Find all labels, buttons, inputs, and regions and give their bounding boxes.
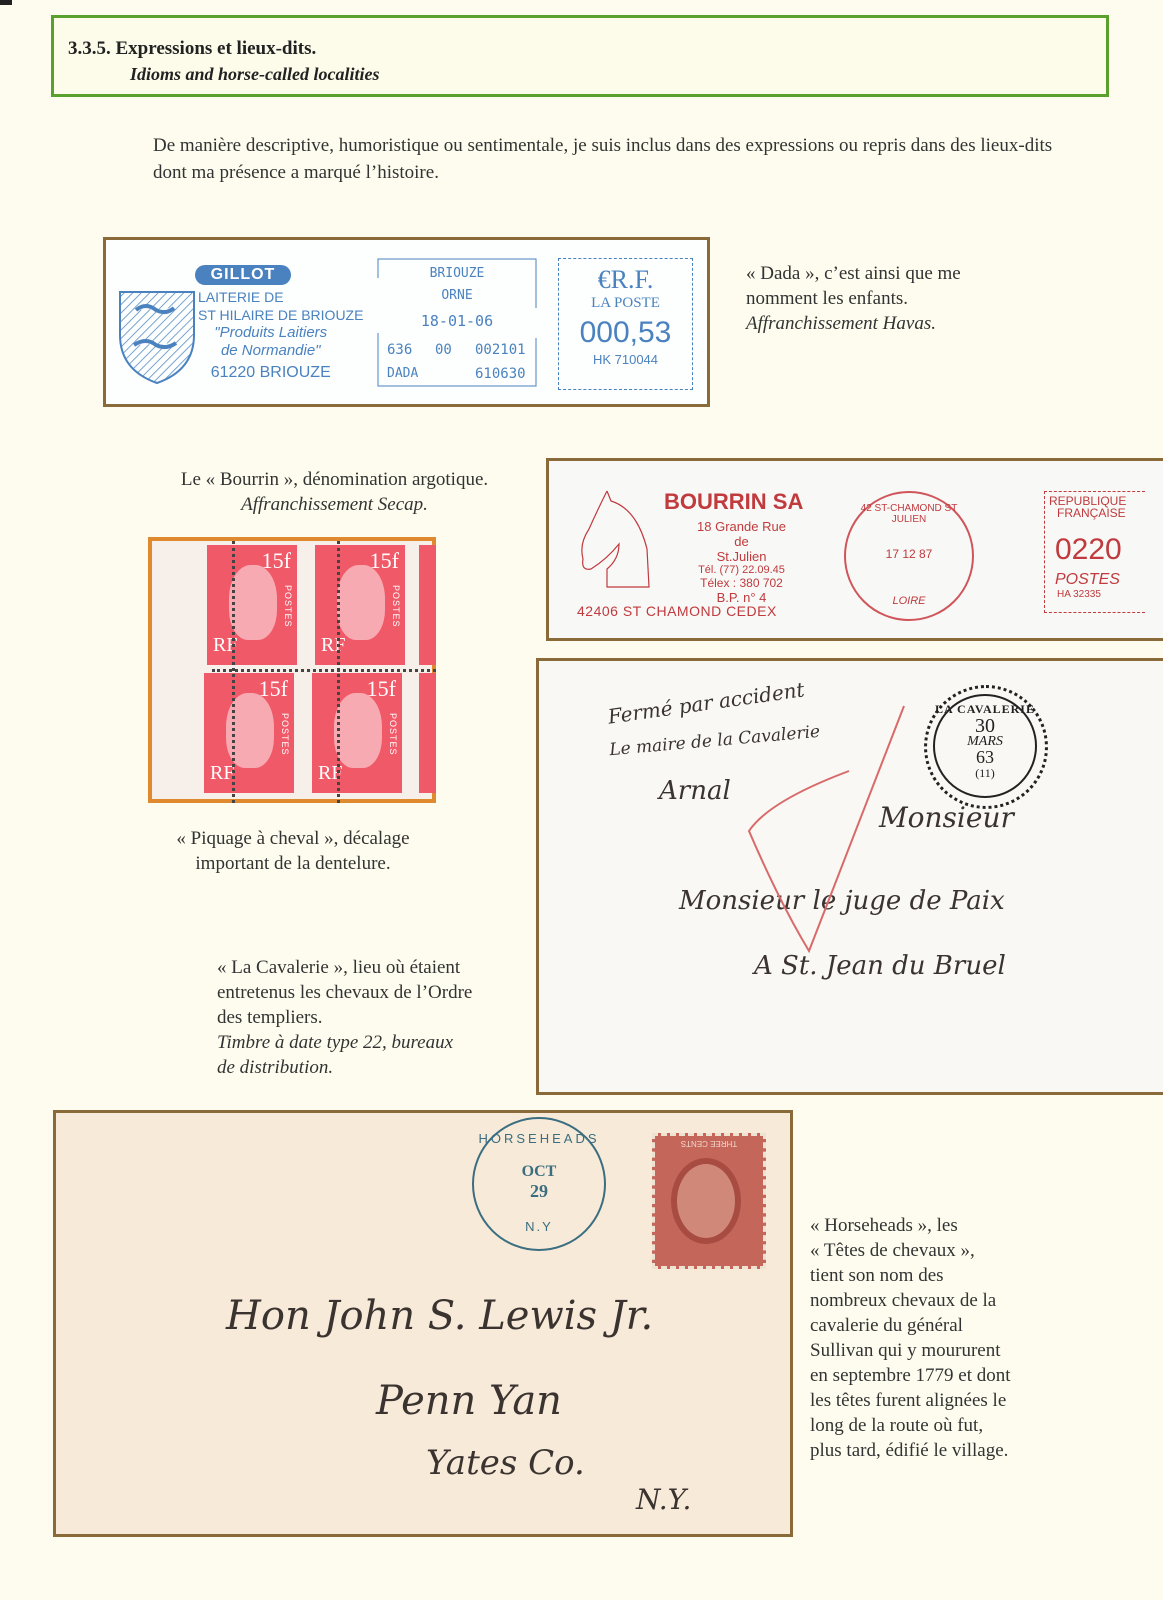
havas-meter-strip: GILLOT LAITERIE DE ST HILAIRE DE BRIOUZE… [103,237,710,407]
postmark-year: 63 [935,749,1035,766]
address-line: ST HILAIRE DE BRIOUZE [198,307,363,323]
caption-line: nomment les enfants. [746,288,908,309]
la-cavalerie-postmark: LA CAVALERIE 30 MARS 63 (11) [924,685,1048,809]
stamp-postes: POSTES [391,585,401,628]
horseheads-caption: « Horseheads », les « Têtes de chevaux »… [810,1213,1011,1463]
caption-italic: de distribution. [217,1055,472,1080]
postmark-month: OCT [474,1163,604,1181]
postmark-day: 29 [474,1181,604,1202]
meter-date: 18-01-06 [377,312,537,330]
cavalerie-caption: « La Cavalerie », lieu où étaient entret… [217,955,472,1080]
date-block: BRIOUZE ORNE 18-01-06 636 00 002101 DADA… [377,258,537,388]
stamp-postes: POSTES [388,713,398,756]
horse-head-icon [577,489,677,594]
secap-meter-strip: BOURRIN SA 18 Grande Rue de St.Julien Té… [546,458,1163,641]
address-line: St.Julien [689,549,794,564]
meter-code: 00 [435,342,452,358]
secap-value-block: REPUBLIQUE FRANÇAISE 0220 POSTES HA 3233… [1044,491,1145,613]
scan-corner-mark [0,0,12,5]
stamp-rf: RF [210,762,234,785]
stamp-postes: POSTES [283,585,293,628]
perforation-row [212,669,436,672]
stamp: 15fPOSTESRF [204,673,294,793]
horseheads-postmark: HORSEHEADS OCT 29 N.Y [472,1117,606,1251]
section-subtitle: Idioms and horse-called localities [130,64,380,85]
caption-line: tient son nom des [810,1265,944,1286]
address-line: Yates Co. [426,1443,585,1483]
postmark-dept: (11) [935,766,1035,780]
cancel-ring-text: 42 ST-CHAMOND ST JULIEN [846,503,972,525]
postage-amount: 000,53 [559,316,692,350]
cancel-dept: LOIRE [846,595,972,607]
company-city: 42406 ST CHAMOND CEDEX [577,603,777,619]
caption-line: cavalerie du général [810,1315,963,1336]
meter-code: DADA [387,366,418,381]
caption-line: entretenus les chevaux de l’Ordre [217,982,472,1003]
postes-label: POSTES [1055,571,1145,589]
caption-line: « Horseheads », les [810,1215,958,1236]
caption-line: important de la dentelure. [195,853,390,874]
meter-town: BRIOUZE [377,266,537,281]
la-poste-label: LA POSTE [559,295,692,312]
stamp-rf: RF [321,634,345,657]
sender-address: LAITERIE DE ST HILAIRE DE BRIOUZE "Produ… [198,288,363,382]
perforation-column [337,541,340,803]
red-tax-mark [739,701,919,961]
marianne-stamp-block: 15fPOSTESRF 15fPOSTESRF 15fPOSTESRF 15fP… [148,537,436,803]
address-line: Télex : 380 702 [689,577,794,590]
machine-number: HK 710044 [559,352,692,367]
manuscript-line: Arnal [659,776,731,806]
meter-code: 636 [387,342,412,358]
stamp-text: THREE CENTS [661,1139,757,1148]
stamp: 15fPOSTESRF [312,673,402,793]
postage-value-block: €R.F. LA POSTE 000,53 HK 710044 [558,258,693,390]
stamp: 15fPOSTESRF [207,545,297,665]
havas-caption: « Dada », c’est ainsi que me nomment les… [746,261,961,336]
address-line: N.Y. [636,1483,691,1516]
stamp-partial [419,545,436,665]
postage-amount: 0220 [1055,533,1145,567]
la-cavalerie-cover: Fermé par accident Le maire de la Cavale… [536,658,1163,1095]
caption-line: en septembre 1779 et dont [810,1365,1011,1386]
intro-paragraph: De manière descriptive, humoristique ou … [153,132,1063,186]
horseheads-cover: HORSEHEADS OCT 29 N.Y THREE CENTS Hon Jo… [53,1110,793,1537]
address-line: de Normandie" [178,342,363,360]
caption-italic: Affranchissement Havas. [746,311,961,336]
caption-italic: Timbre à date type 22, bureaux [217,1030,472,1055]
stamp-postes: POSTES [280,713,290,756]
stamp-value: 15f [262,548,291,574]
stamp-value: 15f [367,676,396,702]
meter-code: 002101 [475,342,526,358]
address-line: "Produits Laitiers [178,324,363,342]
stamp-block-caption: « Piquage à cheval », décalage important… [148,826,438,876]
postmark-town: HORSEHEADS [474,1131,604,1146]
caption-line: long de la route où fut, [810,1415,983,1436]
caption-line: Sullivan qui y moururent [810,1340,1001,1361]
meter-code: 610630 [475,366,526,382]
caption-line: des templiers. [217,1007,323,1028]
postmark-day: 30 [935,717,1035,735]
secap-caption: Le « Bourrin », dénomination argotique. … [152,467,517,517]
caption-line: nombreux chevaux de la [810,1290,996,1311]
postmark-state: N.Y [474,1219,604,1234]
caption-line: les têtes furent alignées le [810,1390,1006,1411]
address-line: Penn Yan [376,1378,562,1424]
caption-line: « Piquage à cheval », décalage [176,828,409,849]
rf-label: €R.F. [559,265,692,295]
section-header: 3.3.5. Expressions et lieux-dits. Idioms… [51,15,1109,97]
stamp-value: 15f [259,676,288,702]
caption-line: « Têtes de chevaux », [810,1240,975,1261]
company-name: BOURRIN SA [664,489,803,515]
secap-cancel-postmark: 42 ST-CHAMOND ST JULIEN 17 12 87 LOIRE [844,491,974,621]
republic-label: FRANÇAISE [1057,507,1145,519]
gillot-logo: GILLOT [195,265,291,285]
address-line: 18 Grande Rue de [689,519,794,549]
meter-dept: ORNE [377,288,537,303]
address-line: LAITERIE DE [198,289,284,305]
us-3-cent-stamp: THREE CENTS [652,1133,766,1269]
stamp: 15fPOSTESRF [315,545,405,665]
stamp-value: 15f [370,548,399,574]
caption-line: « Dada », c’est ainsi que me [746,263,961,284]
section-title: 3.3.5. Expressions et lieux-dits. [68,38,316,60]
stamp-partial [419,673,436,793]
perforation-column [232,541,235,803]
machine-number: HA 32335 [1057,589,1145,600]
company-address: 18 Grande Rue de St.Julien Tél. (77) 22.… [689,519,794,605]
caption-italic: Affranchissement Secap. [152,492,517,517]
address-line: 61220 BRIOUZE [178,364,363,382]
caption-line: « La Cavalerie », lieu où étaient [217,957,460,978]
cancel-date: 17 12 87 [846,547,972,561]
caption-line: plus tard, édifié le village. [810,1440,1008,1461]
caption-line: Le « Bourrin », dénomination argotique. [181,469,488,490]
address-line: Hon John S. Lewis Jr. [226,1293,653,1339]
